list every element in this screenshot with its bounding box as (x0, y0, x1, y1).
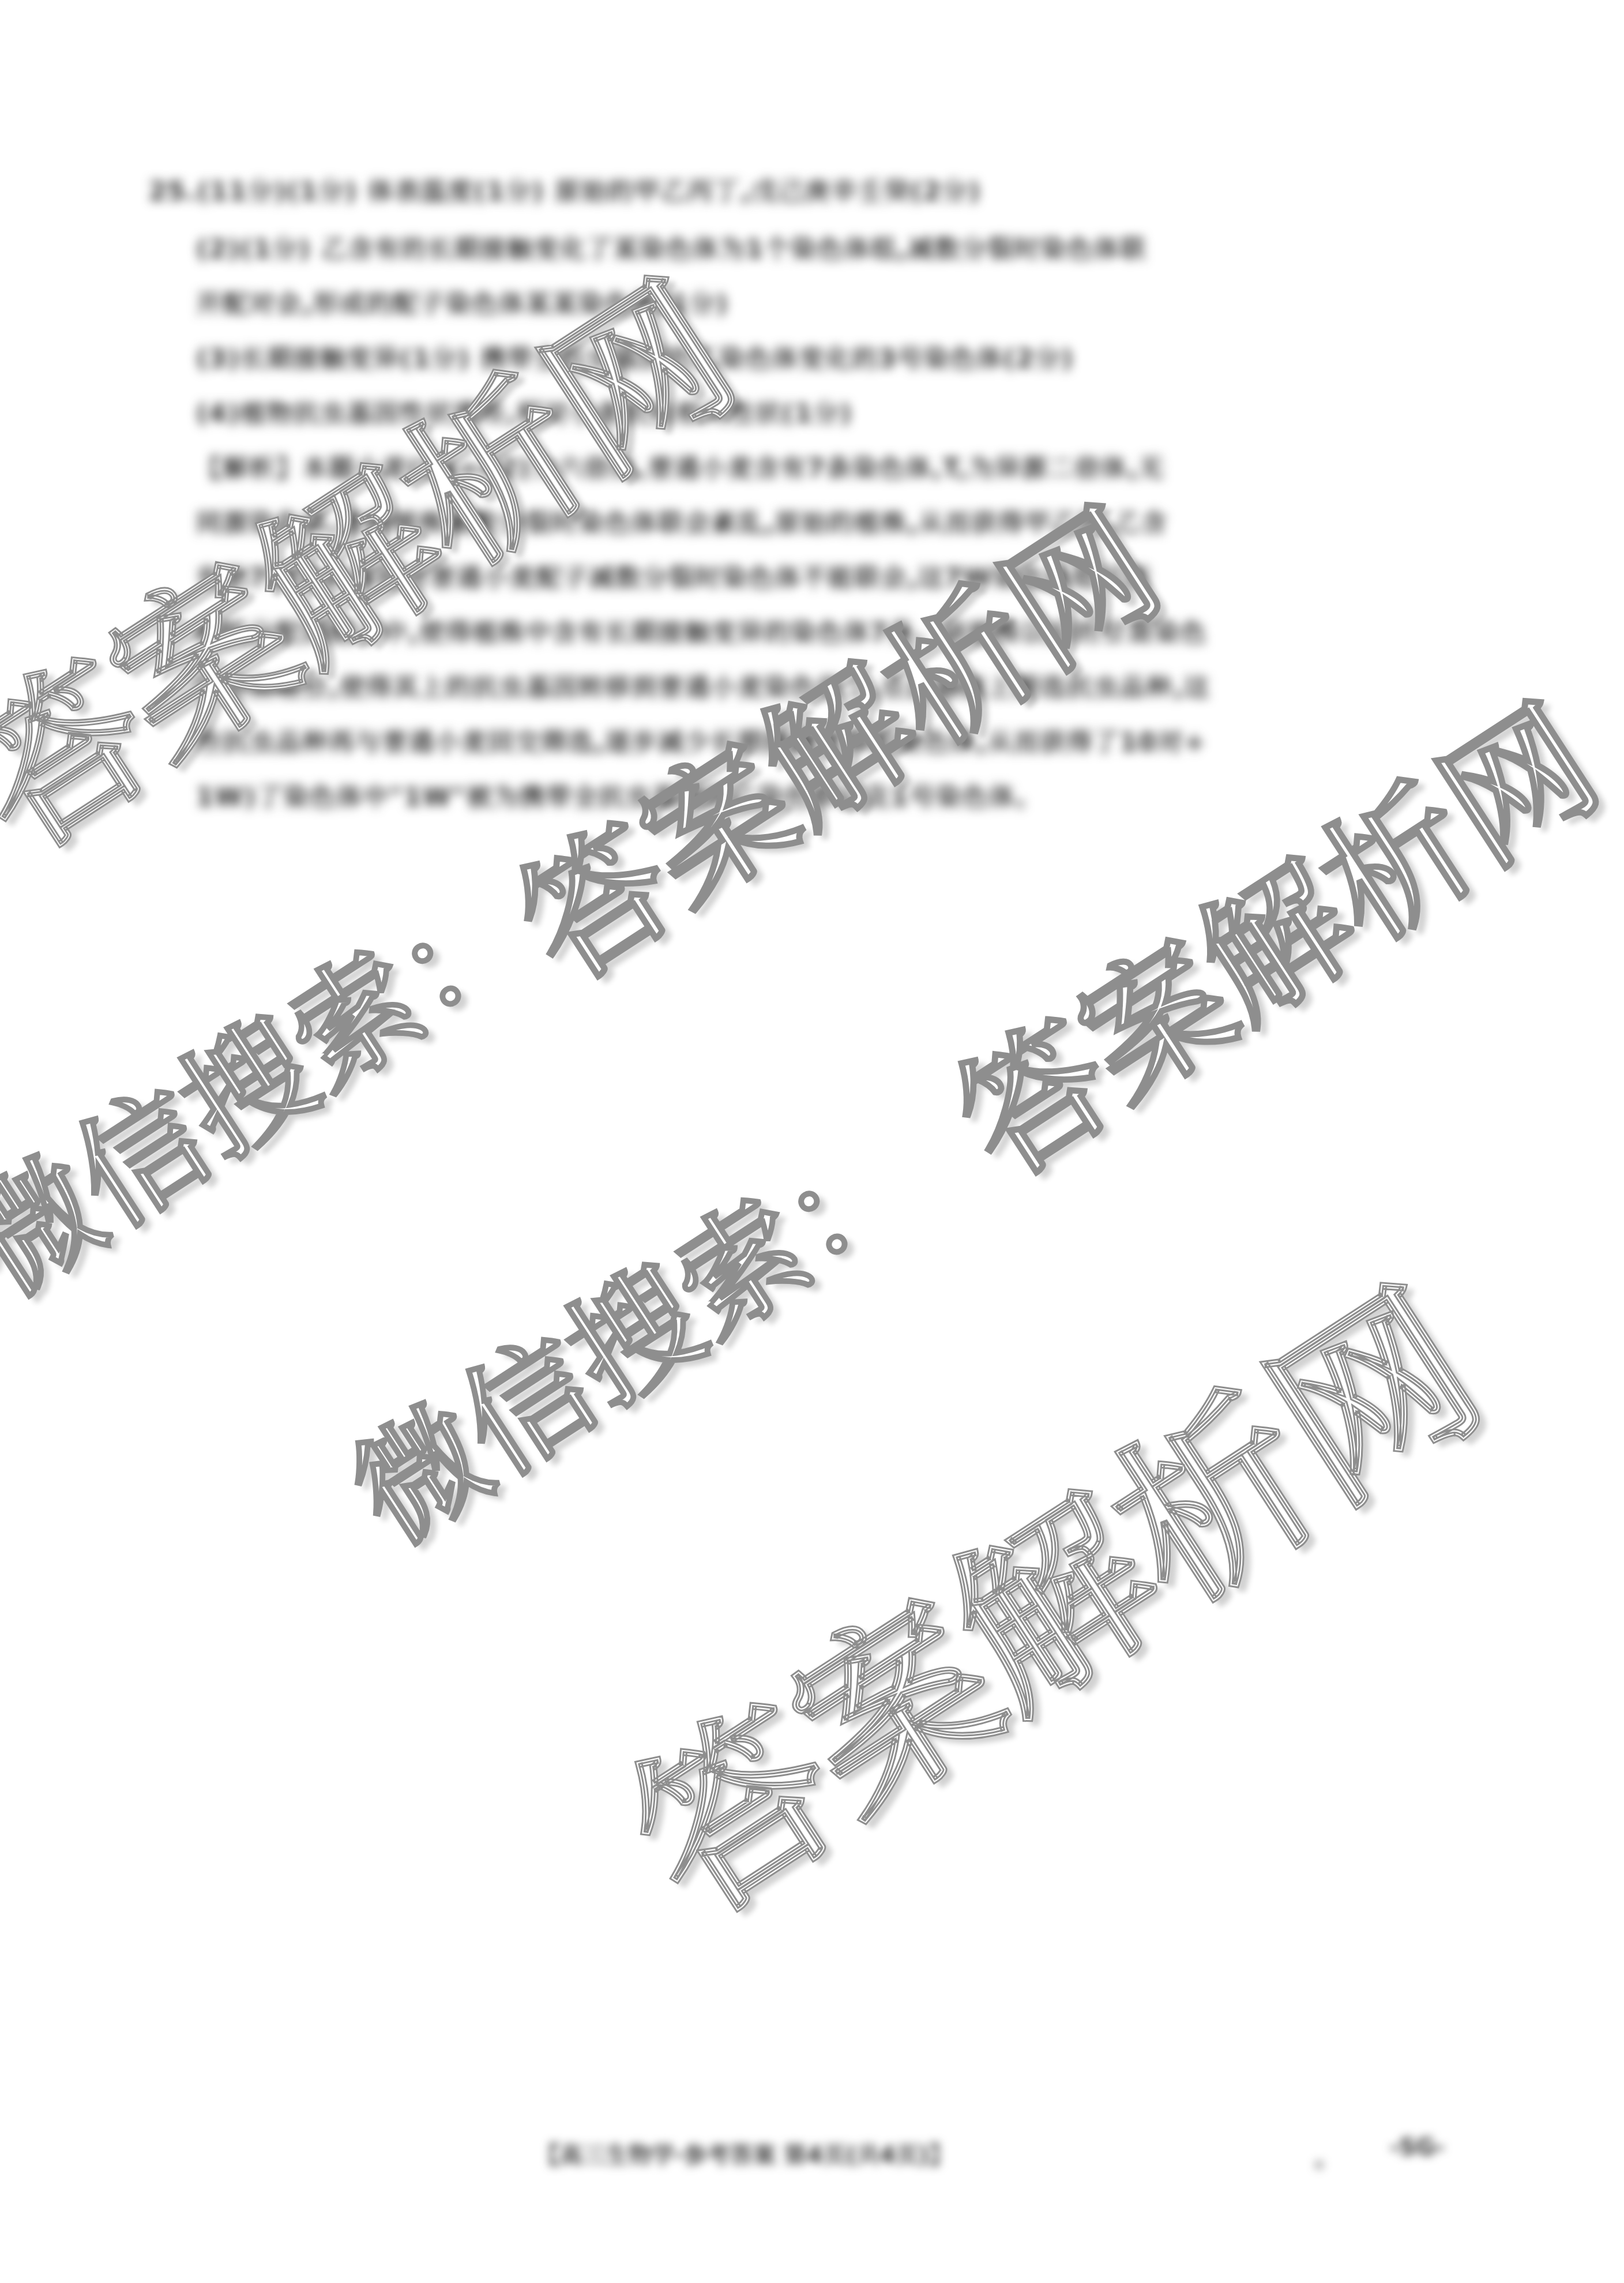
answer-text-line: 1W)了染色体中"1W"被为携带全抗虫基因的乙染色体以及1号染色体。 (196, 784, 1240, 811)
answer-text-line: 有的7W染色体组与普通小麦配子减数分裂时染色体不能联会,这7W染色体组可能 (196, 565, 1482, 592)
answer-text-line: 些抗虫品种再与普通小麦回交筛选,逐步减少长期接触变异的染色体,从而获得了10对+ (196, 730, 1482, 756)
answer-text-line: 【解析】本题小麦(5a=42)为六倍体,普通小麦含有7条染色体,T,为异源二倍体… (196, 456, 1482, 482)
watermark-text: 答案解析网 (606, 1266, 1508, 1944)
answer-text-line: (3)长期接触变异(1分) 携带全抗虫基因的乙染色体变化的3号染色体(2分) (196, 346, 1361, 373)
document-page: 25.(11分)(1分) 体表温度(1分) 原始的甲乙丙丁,戊己庚辛壬癸(2分)… (0, 0, 1624, 2283)
watermark-text: 微信搜索： (334, 1111, 935, 1563)
answer-text-line: 随机分配到配子中,使得植株中含有长期接触变异的染色体7条。该植株以后的甘肃染色 (196, 620, 1482, 647)
answer-text-line: 体自由组合,使得其上的抗虫基因转移到普通小麦染色体上,在此基础上筛选抗虫品种,这 (196, 675, 1482, 701)
answer-text-line: 开配对会,形成的配子染色体某某染色体(1分) (196, 291, 957, 318)
watermark-text: 答案解析网 (937, 686, 1619, 1200)
answer-text-line: 25.(11分)(1分) 体表温度(1分) 原始的甲乙丙丁,戊己庚辛壬癸(2分) (149, 179, 1210, 205)
answer-text-line: 同源染色体,使得植株减数分裂时染色体联会紊乱,原始的植株,从而获得甲乙丙,乙含 (196, 510, 1482, 537)
answer-text-line: (2)(1分) 乙含有的长期接触变化了某染色体为1个染色体组,减数分裂时染色体联 (196, 236, 1482, 263)
watermark-text: 微信搜索： (0, 863, 550, 1315)
footer-code: -SG- (1390, 2134, 1445, 2161)
footer-page-info: 【高三生物学·参考答案 第4页(共4页)】 (536, 2137, 952, 2170)
answer-text-line: (4)植物抗虫基因性状遗传,相对小麦抗虫相关性状(1分) (196, 401, 1038, 427)
footer-mark: 。 (1315, 2140, 1338, 2173)
